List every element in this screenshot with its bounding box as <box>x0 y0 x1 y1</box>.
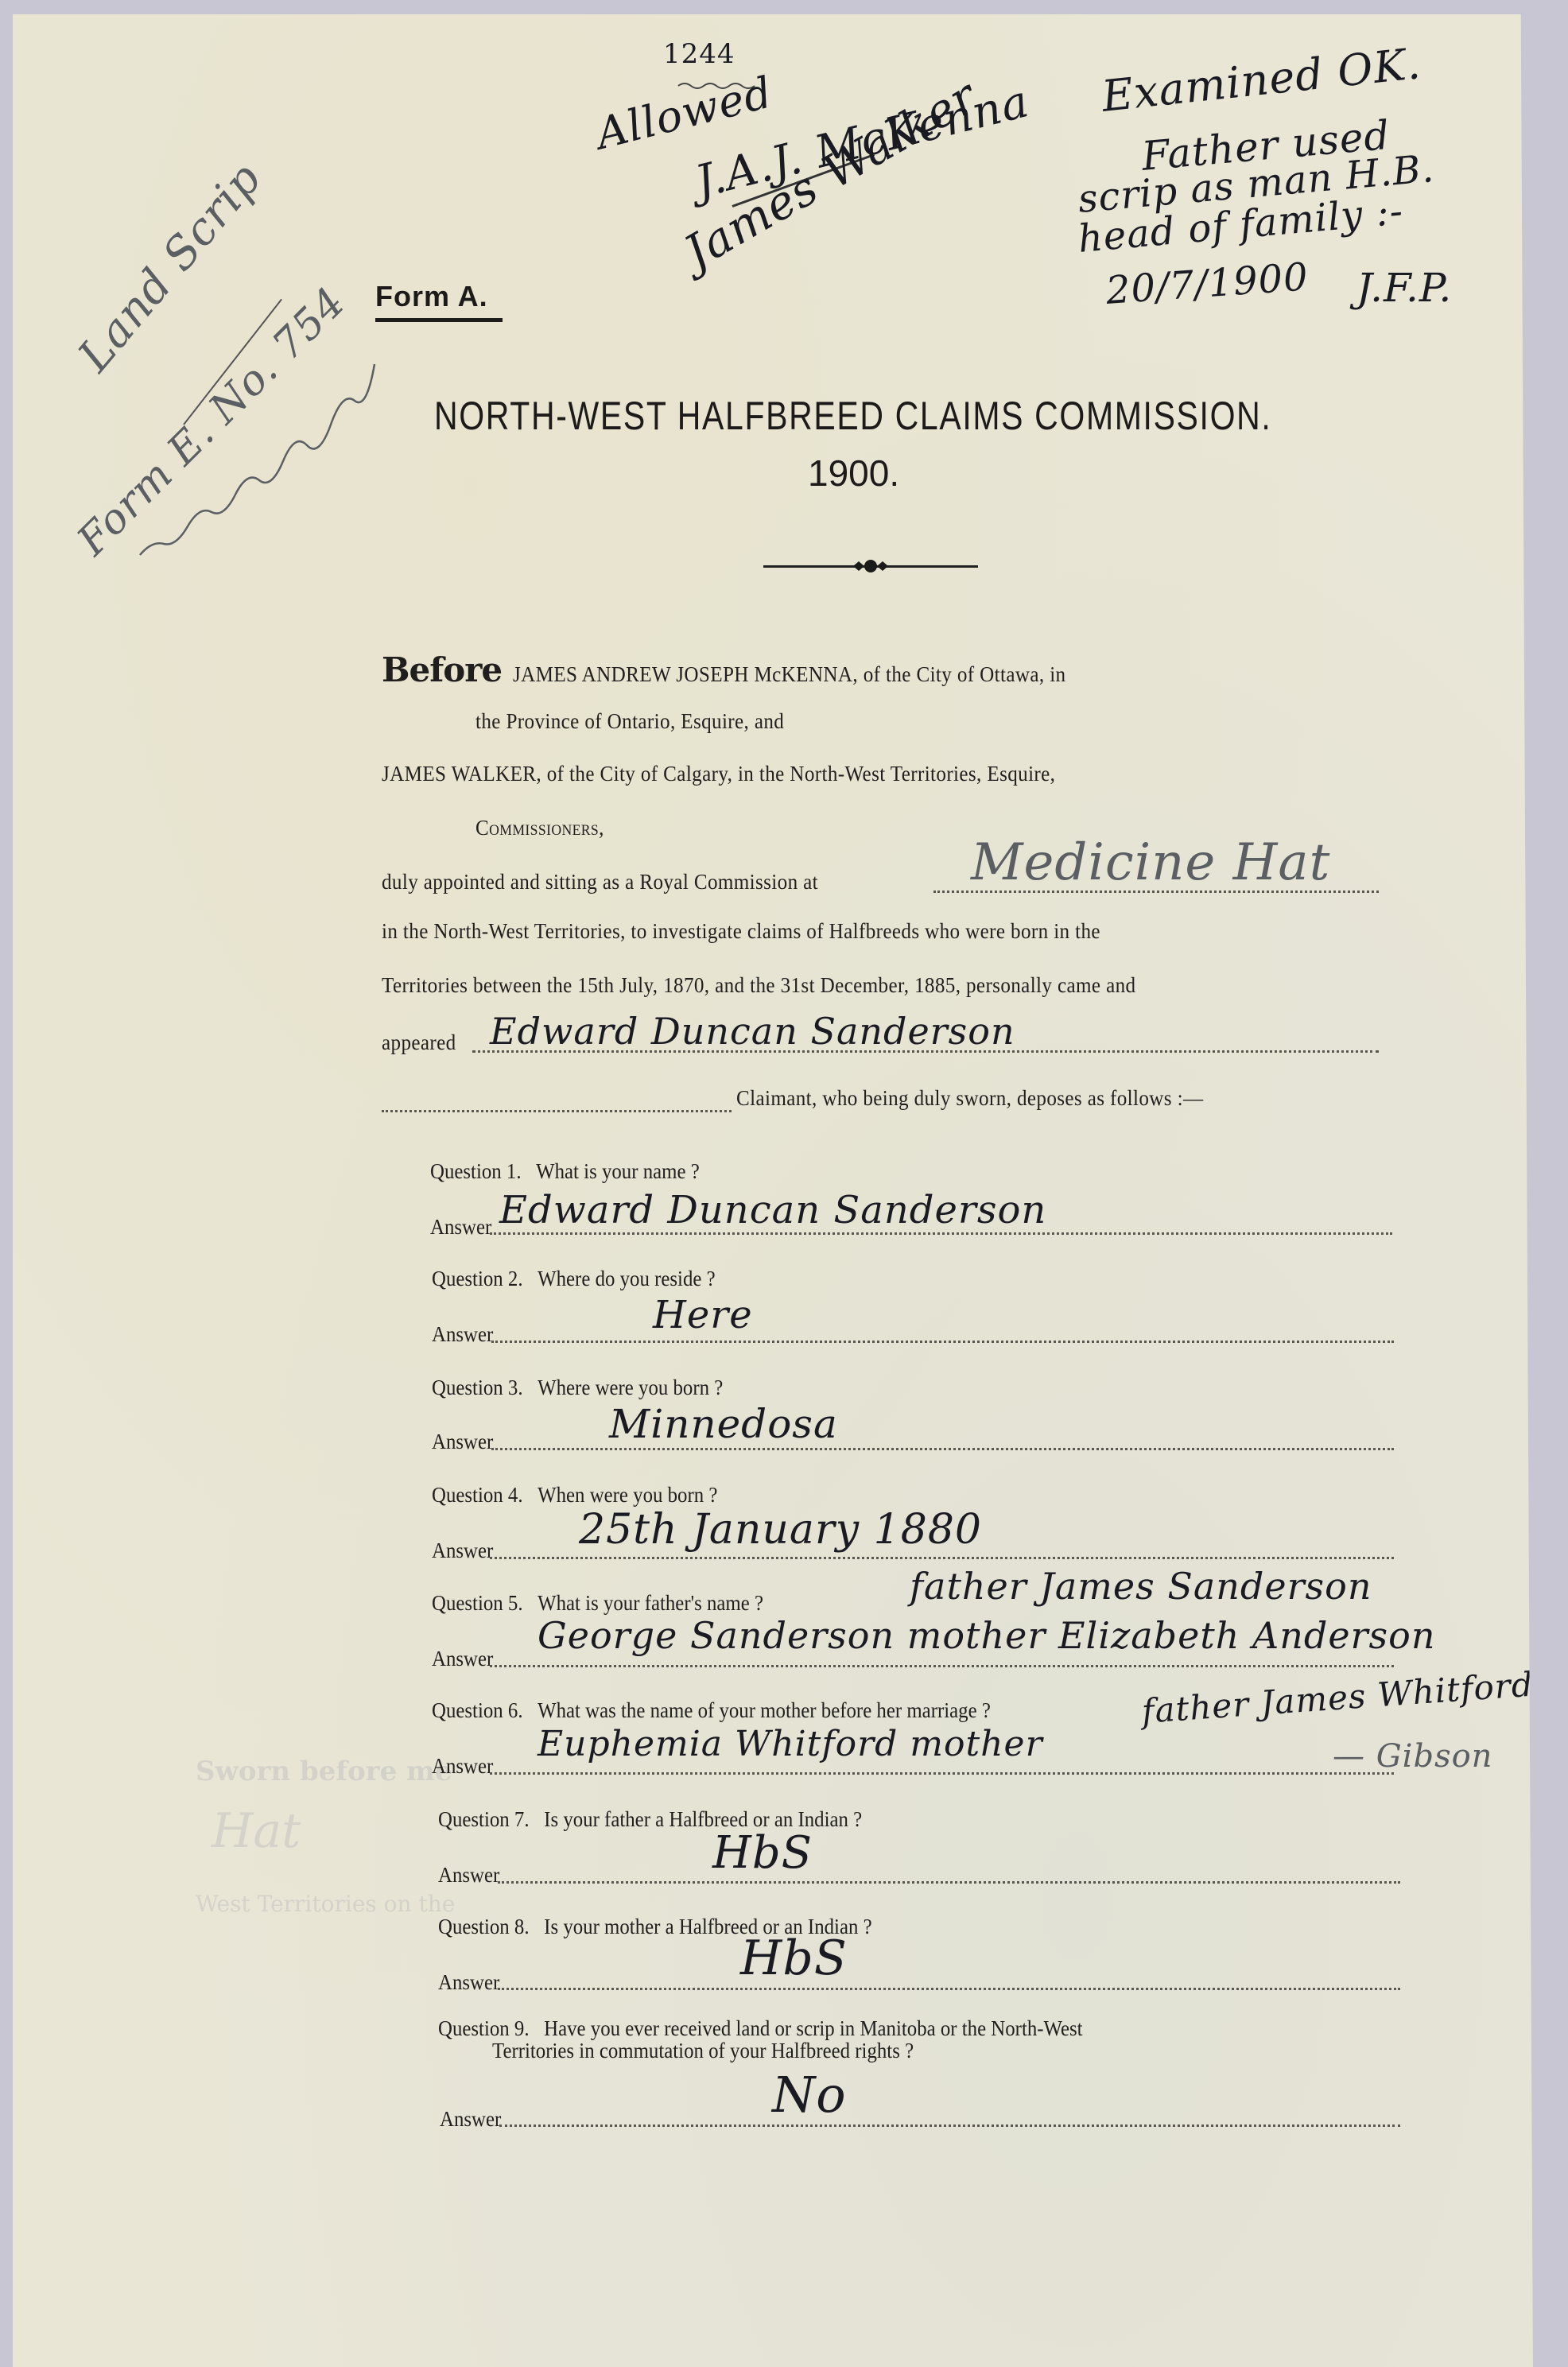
answer-8-field[interactable]: HbS <box>740 1930 848 1986</box>
question-4: Question 4. When were you born ? <box>432 1483 717 1508</box>
bleed-through-handwriting: Hat <box>212 1803 301 1859</box>
answer-7-label: Answer <box>438 1863 499 1888</box>
examined-date: 20/7/1900 <box>1104 254 1310 313</box>
preamble-line7: Territories between the 15th July, 1870,… <box>382 973 1135 998</box>
answer-5-field[interactable]: George Sanderson mother Elizabeth Anders… <box>538 1614 1435 1657</box>
answer-5-label: Answer <box>432 1647 493 1671</box>
answer-4-dots <box>490 1557 1394 1559</box>
claimant-line-dots <box>382 1110 732 1112</box>
answer-2-label: Answer <box>432 1322 493 1347</box>
answer-9-field[interactable]: No <box>772 2066 847 2124</box>
preamble-line8: appeared <box>382 1030 456 1055</box>
answer-2-field[interactable]: Here <box>653 1293 753 1337</box>
page-title: NORTH-WEST HALFBREED CLAIMS COMMISSION. <box>434 393 1271 439</box>
answer-5-dots <box>490 1665 1394 1667</box>
answer-3-field[interactable]: Minnedosa <box>609 1401 838 1447</box>
answer-6-extra: father James Whitford <box>1140 1665 1535 1731</box>
answer-9-dots <box>499 2124 1400 2127</box>
answer-1-label: Answer <box>430 1215 491 1240</box>
answer-4-field[interactable]: 25th January 1880 <box>579 1506 982 1554</box>
wavy-underline-icon <box>132 332 386 563</box>
title-year: 1900. <box>808 452 899 495</box>
answer-4-label: Answer <box>432 1539 493 1563</box>
question-9: Question 9. Have you ever received land … <box>438 2016 1083 2041</box>
answer-7-dots <box>498 1881 1400 1884</box>
preamble-commissioners: Commissioners, <box>475 816 604 840</box>
divider-ornament-icon <box>852 557 890 575</box>
question-9-cont: Territories in commutation of your Halfb… <box>492 2039 914 2063</box>
answer-6-dots <box>490 1772 1394 1775</box>
answer-9-label: Answer <box>440 2107 501 2132</box>
place-field[interactable]: Medicine Hat <box>971 833 1330 892</box>
examined-note-line1: Examined OK. <box>1100 38 1423 122</box>
bleed-through-text: West Territories on the <box>196 1891 455 1917</box>
answer-1-dots <box>490 1232 1392 1235</box>
question-6: Question 6. What was the name of your mo… <box>432 1698 991 1723</box>
answer-5-extra: father James Sanderson <box>910 1565 1372 1608</box>
answer-8-dots <box>498 1988 1400 1990</box>
bleed-through-text: Sworn before me <box>196 1756 452 1787</box>
file-number: 1244 <box>663 38 735 70</box>
answer-2-dots <box>491 1341 1394 1343</box>
preamble-line3: JAMES WALKER, of the City of Calgary, in… <box>382 762 1055 786</box>
question-1: Question 1. What is your name ? <box>430 1159 700 1184</box>
preamble-line1: Before JAMES ANDREW JOSEPH McKENNA, of t… <box>382 650 1108 689</box>
answer-6-extra2: — Gibson <box>1333 1738 1492 1775</box>
form-label: Form A. <box>375 280 488 313</box>
answer-1-field[interactable]: Edward Duncan Sanderson <box>499 1188 1046 1232</box>
claimant-name-field[interactable]: Edward Duncan Sanderson <box>490 1010 1015 1053</box>
answer-7-field[interactable]: HbS <box>712 1827 813 1879</box>
preamble-line2: the Province of Ontario, Esquire, and <box>475 709 784 734</box>
answer-6-label: Answer <box>432 1754 493 1779</box>
form-label-underline <box>375 318 503 322</box>
question-5: Question 5. What is your father's name ? <box>432 1591 763 1616</box>
answer-6-field[interactable]: Euphemia Whitford mother <box>538 1724 1043 1764</box>
answer-3-dots <box>491 1448 1394 1450</box>
answer-3-label: Answer <box>432 1430 493 1454</box>
document-page: Sworn before me Hat West Territories on … <box>13 14 1533 2367</box>
question-2: Question 2. Where do you reside ? <box>432 1267 716 1291</box>
question-3: Question 3. Where were you born ? <box>432 1376 723 1400</box>
preamble-line6: in the North-West Territories, to invest… <box>382 919 1100 944</box>
preamble-line9: Claimant, who being duly sworn, deposes … <box>736 1086 1203 1111</box>
preamble-line5: duly appointed and sitting as a Royal Co… <box>382 870 818 894</box>
examined-initials: J.F.P. <box>1356 265 1452 311</box>
answer-8-label: Answer <box>438 1970 499 1995</box>
before-word: Before <box>382 650 502 689</box>
